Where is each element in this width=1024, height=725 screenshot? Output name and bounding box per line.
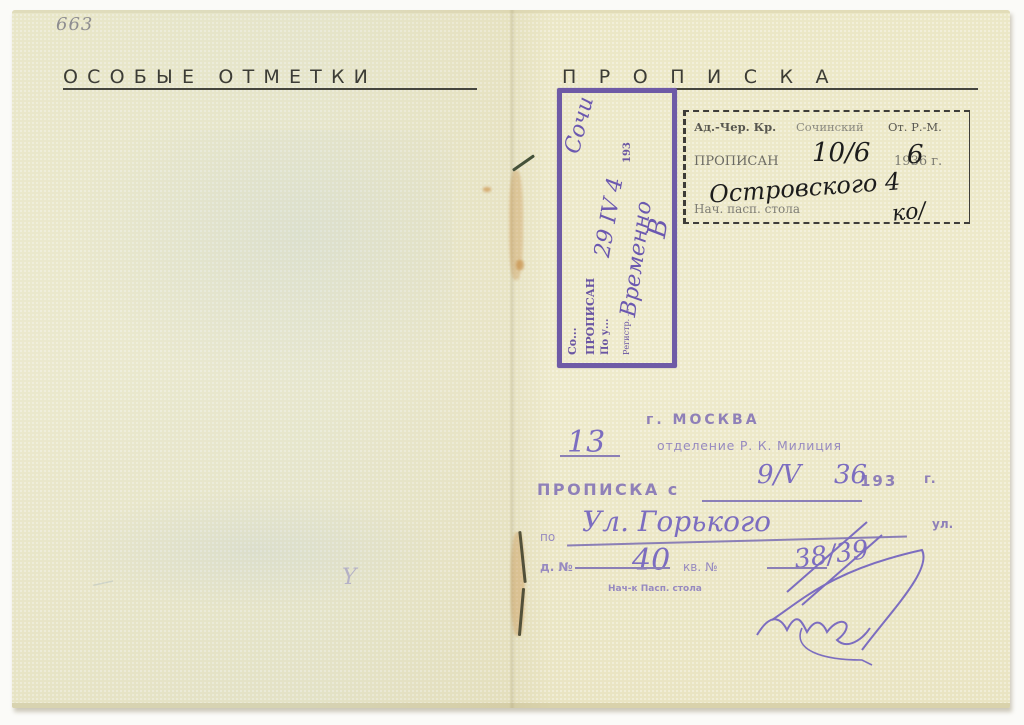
passport-booklet: 663 ОСОБЫЕ ОТМЕТКИ — Y ПРОПИСКА Ад.-Чер.… (12, 10, 1010, 708)
handwritten-signature-strokes (12, 10, 1010, 708)
